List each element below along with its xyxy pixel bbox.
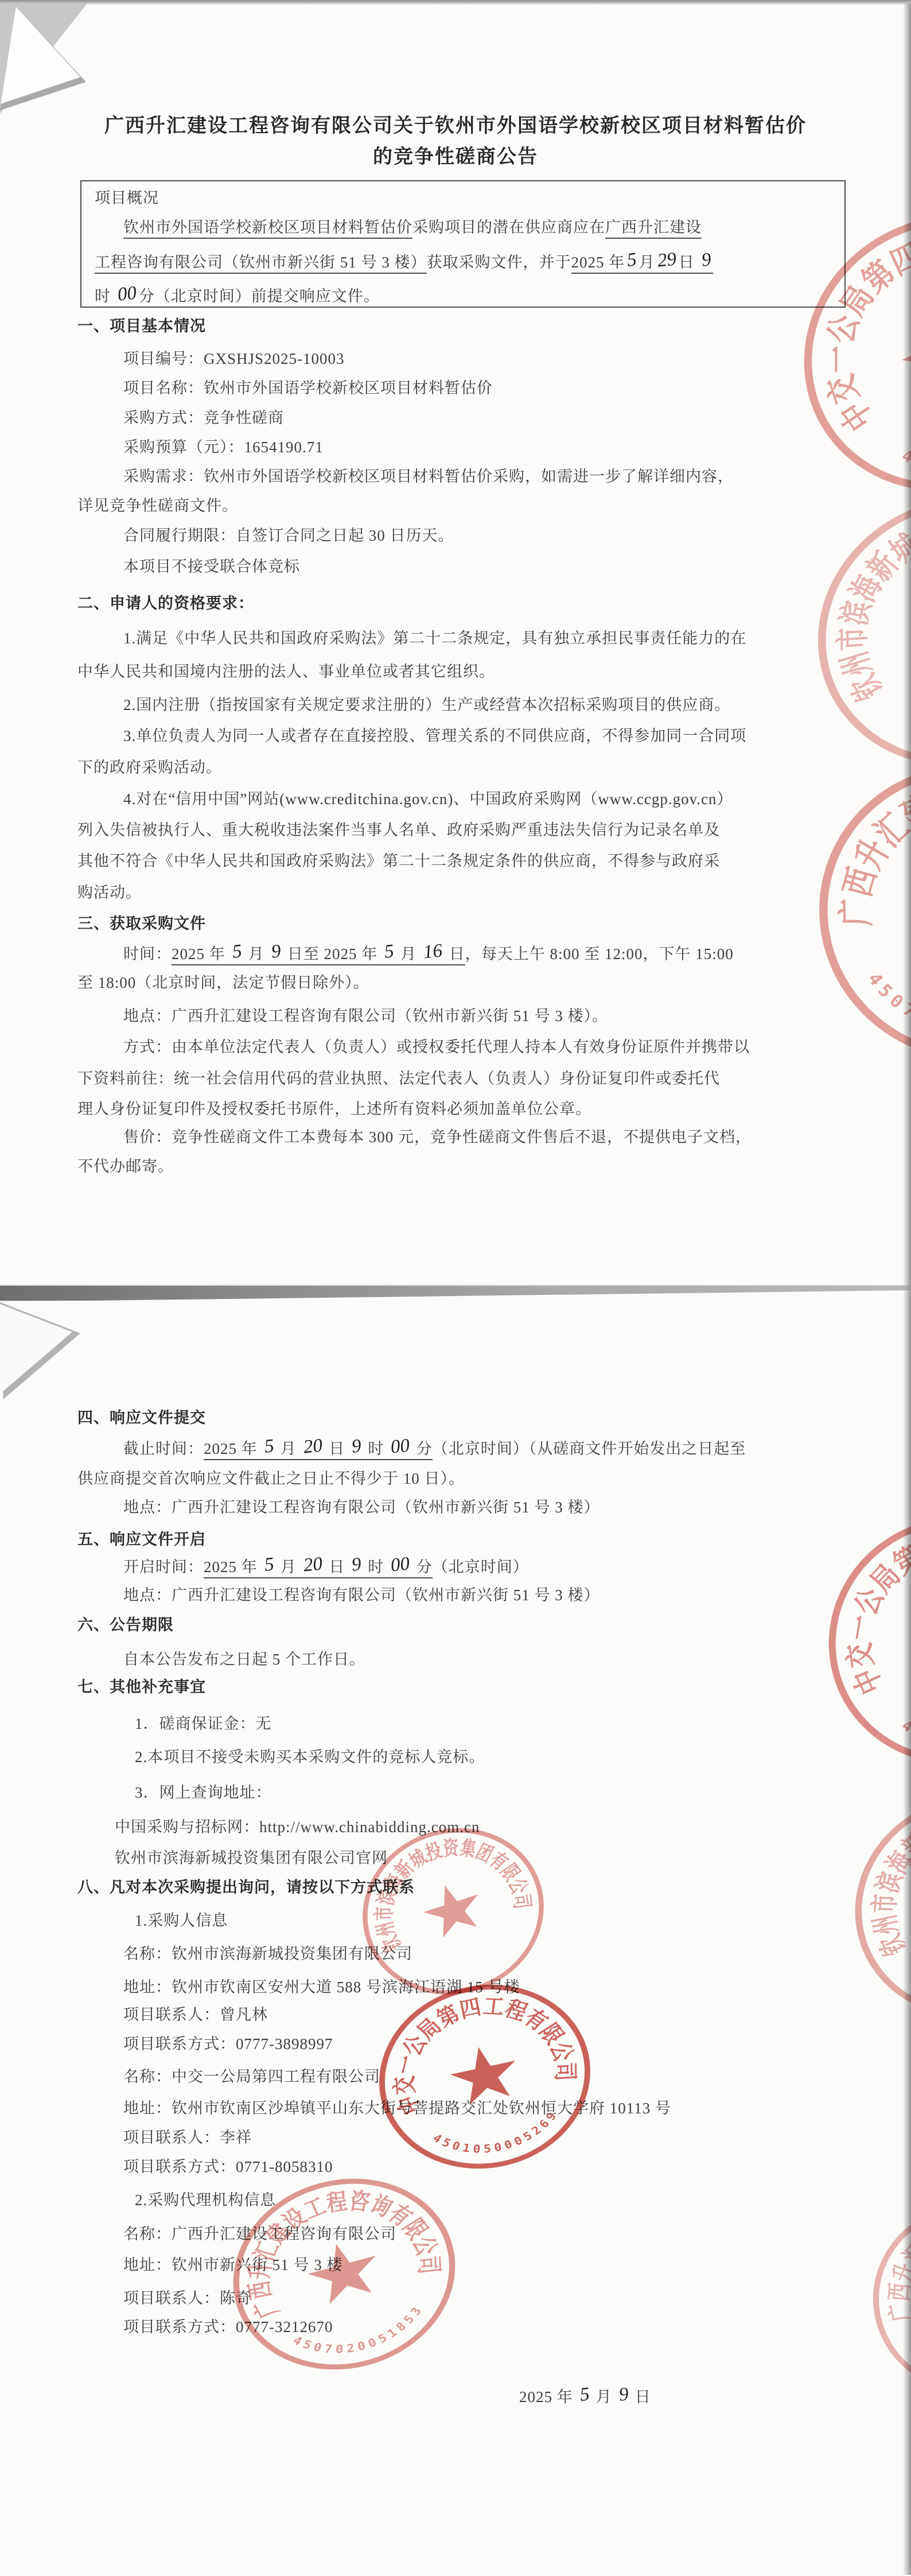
scan-right-edge: [903, 3, 911, 2575]
section-heading: 六、公告期限: [77, 1616, 174, 1634]
text-line: 地址：钦州市钦南区安州大道 588 号滨海江语湖 15 号楼: [123, 1978, 520, 1996]
text-segment: 1．磋商保证金：无: [135, 1715, 272, 1732]
text-segment: 月: [276, 1440, 301, 1460]
text-segment: 六、公告期限: [77, 1616, 174, 1634]
text-segment: 3.单位负责人为同一人或者存在直接控股、管理关系的不同供应商，不得参加同一合同项: [123, 727, 746, 744]
text-line: 项目编号：GXSHJS2025-10003: [123, 350, 345, 367]
text-segment: 采购方式：竞争性磋商: [123, 409, 284, 426]
text-segment: 三、获取采购文件: [77, 915, 206, 932]
text-segment: 项目编号：GXSHJS2025-10003: [123, 350, 345, 367]
text-line: 至 18:00（北京时间，法定节假日除外）。: [77, 974, 369, 991]
section-heading: 七、其他补充事宜: [77, 1678, 206, 1696]
text-segment: 2025 年: [571, 254, 625, 274]
text-segment: 月: [639, 254, 655, 274]
text-segment: 2025 年: [204, 1558, 262, 1578]
text-line: 合同履行期限：自签订合同之日起 30 日历天。: [123, 527, 454, 544]
handwritten-value: 9: [349, 1558, 364, 1578]
text-segment: 项目名称：钦州市外国语学校新校区项目材料暂估价: [123, 379, 493, 397]
section-heading: 二、申请人的资格要求：: [77, 595, 254, 612]
text-segment: 日: [630, 2388, 651, 2406]
text-line: 项目联系方式：0777-3898997: [123, 2035, 333, 2053]
text-segment: 五、响应文件开启: [77, 1531, 206, 1548]
text-segment: 分（北京时间）: [139, 288, 251, 308]
text-segment: 七、其他补充事宜: [77, 1678, 206, 1696]
text-line: 时 00分（北京时间）前提交响应文件。: [95, 287, 380, 305]
text-line: 钦州市外国语学校新校区项目材料暂估价采购项目的潜在供应商应在广西升汇建设: [123, 219, 702, 236]
section-heading: 三、获取采购文件: [77, 915, 206, 932]
text-line: 2.采购代理机构信息: [135, 2191, 276, 2209]
text-segment: 项目联系方式：0777-3212670: [123, 2318, 333, 2336]
text-segment: 至 18:00（北京时间，法定节假日除外）。: [77, 974, 369, 991]
text-line: 地点：广西升汇建设工程咨询有限公司（钦州市新兴街 51 号 3 楼）。: [123, 1007, 608, 1025]
text-segment: 售价：竞争性磋商文件工本费每本 300 元，竞争性磋商文件售后不退，不提供电子文…: [123, 1128, 752, 1146]
document-text-layer: 广西升汇建设工程咨询有限公司关于钦州市外国语学校新校区项目材料暂估价的竞争性磋商…: [0, 0, 911, 2576]
section-heading: 一、项目基本情况: [77, 317, 206, 335]
text-segment: 1.满足《中华人民共和国政府采购法》第二十二条规定，具有独立承担民事责任能力的在: [123, 630, 746, 647]
text-line: 2.本项目不接受未购买本采购文件的竞标人竞标。: [135, 1748, 485, 1766]
text-line: 项目联系方式：0777-3212670: [123, 2318, 333, 2336]
text-segment: 名称：广西升汇建设工程咨询有限公司: [123, 2225, 396, 2243]
scanned-document: 广西升汇建设工程咨询有限公司关于钦州市外国语学校新校区项目材料暂估价的竞争性磋商…: [0, 0, 911, 2576]
text-line: 方式：由本单位法定代表人（负责人）或授权委托代理人持本人有效身份证原件并携带以: [123, 1038, 750, 1056]
text-line: 项目概况: [95, 189, 159, 207]
text-line: 地址：钦州市新兴街 51 号 3 楼: [123, 2256, 343, 2274]
text-segment: 采购项目的潜在供应商应在: [412, 219, 605, 236]
text-segment: 二、申请人的资格要求：: [77, 595, 254, 612]
text-line: 本项目不接受联合体竞标: [123, 558, 300, 575]
text-segment: 地址：钦州市钦南区沙埠镇平山东大街与菩提路交汇处钦州恒大学府 10113 号: [123, 2100, 671, 2117]
text-line: 下的政府采购活动。: [77, 759, 222, 776]
text-segment: 名称：中交一公局第四工程有限公司: [123, 2068, 380, 2085]
text-segment: 项目联系人：陈奇: [123, 2290, 252, 2307]
text-line: 地址：钦州市钦南区沙埠镇平山东大街与菩提路交汇处钦州恒大学府 10113 号: [123, 2100, 671, 2117]
text-segment: 项目概况: [95, 189, 159, 207]
text-segment: 详见竞争性磋商文件。: [77, 497, 238, 514]
text-segment: 2025 年: [172, 945, 230, 965]
handwritten-value: 20: [301, 1440, 325, 1460]
text-line: 钦州市滨海新城投资集团有限公司官网: [115, 1849, 388, 1867]
text-line: 2025 年 5 月 9 日: [519, 2388, 651, 2406]
text-segment: 采购预算（元）：1654190.71: [123, 439, 324, 456]
text-line: 截止时间：2025 年 5 月 20 日 9 时 00 分（北京时间）（从磋商文…: [123, 1440, 746, 1457]
text-segment: 时间：: [123, 945, 172, 963]
text-segment: 项目联系方式：0777-3898997: [123, 2035, 333, 2053]
text-segment: 2.采购代理机构信息: [135, 2191, 276, 2209]
document-title: 广西升汇建设工程咨询有限公司关于钦州市外国语学校新校区项目材料暂估价: [0, 118, 911, 135]
handwritten-value: 29: [655, 254, 679, 274]
text-segment: 日: [325, 1440, 350, 1460]
handwritten-value: 9: [617, 2388, 631, 2406]
text-line: 采购预算（元）：1654190.71: [123, 439, 324, 456]
text-segment: 2.国内注册（指按国家有关规定要求注册的）生产或经营本次招标采购项目的供应商。: [123, 696, 730, 713]
text-segment: 1.采购人信息: [135, 1912, 228, 1929]
text-segment: 分: [412, 1558, 433, 1578]
text-segment: 地点：广西升汇建设工程咨询有限公司（钦州市新兴街 51 号 3 楼）: [123, 1499, 600, 1516]
handwritten-value: 00: [388, 1440, 412, 1460]
text-segment: 中华人民共和国境内注册的法人、事业单位或者其它组织。: [77, 663, 495, 680]
handwritten-value: 16: [421, 945, 445, 965]
text-segment: 下的政府采购活动。: [77, 759, 222, 776]
text-line: 时间：2025 年 5 月 9 日至 2025 年 5 月 16 日，每天上午 …: [123, 945, 734, 963]
text-segment: 其他不符合《中华人民共和国政府采购法》第二十二条规定条件的供应商，不得参与政府采: [77, 852, 720, 870]
text-segment: 下资料前往：统一社会信用代码的营业执照、法定代表人（负责人）身份证复印件或委托代: [77, 1070, 720, 1087]
text-line: 项目联系人：曾凡林: [123, 2006, 268, 2023]
text-line: 购活动。: [77, 884, 142, 901]
handwritten-value: 5: [262, 1440, 277, 1460]
text-segment: 合同履行期限：自签订合同之日起 30 日历天。: [123, 527, 454, 544]
text-segment: 前提交响应文件。: [251, 288, 380, 305]
text-segment: 中国采购与招标网：http://www.chinabidding.com.cn: [115, 1818, 480, 1836]
text-line: 项目名称：钦州市外国语学校新校区项目材料暂估价: [123, 379, 493, 397]
text-line: 供应商提交首次响应文件截止之日止不得少于 10 日）。: [77, 1470, 465, 1487]
text-segment: 月: [396, 945, 422, 965]
text-line: 地点：广西升汇建设工程咨询有限公司（钦州市新兴街 51 号 3 楼）: [123, 1499, 600, 1516]
text-segment: 项目联系人：曾凡林: [123, 2006, 268, 2023]
text-line: 工程咨询有限公司（钦州市新兴街 51 号 3 楼）获取采购文件，并于2025 年…: [95, 253, 713, 271]
handwritten-value: 9: [349, 1440, 364, 1460]
text-line: 其他不符合《中华人民共和国政府采购法》第二十二条规定条件的供应商，不得参与政府采: [77, 852, 720, 870]
handwritten-value: 5: [578, 2388, 592, 2406]
section-heading: 四、响应文件提交: [77, 1409, 206, 1426]
handwritten-value: 5: [230, 945, 244, 965]
text-segment: 地点：广西升汇建设工程咨询有限公司（钦州市新兴街 51 号 3 楼）: [123, 1586, 600, 1604]
text-line: 3．网上查询地址：: [135, 1784, 272, 1801]
text-line: 项目联系方式：0771-8058310: [123, 2158, 333, 2175]
text-segment: 时: [95, 288, 115, 308]
text-segment: 采购需求：钦州市外国语学校新校区项目材料暂估价采购，如需进一步了解详细内容，: [123, 468, 734, 485]
text-segment: 工程咨询有限公司（钦州市新兴街 51 号 3 楼）: [95, 254, 427, 274]
text-segment: 购活动。: [77, 884, 142, 901]
text-segment: 供应商提交首次响应文件截止之日止不得少于 10 日）。: [77, 1470, 465, 1487]
text-line: 中华人民共和国境内注册的法人、事业单位或者其它组织。: [77, 663, 495, 680]
text-line: 项目联系人：李祥: [123, 2129, 252, 2146]
text-segment: 地址：钦州市新兴街 51 号 3 楼: [123, 2256, 343, 2274]
document-title: 的竞争性磋商公告: [0, 149, 911, 166]
text-segment: 钦州市外国语学校新校区项目材料暂估价: [123, 219, 412, 239]
text-segment: 项目联系方式：0771-8058310: [123, 2158, 333, 2175]
text-segment: 截止时间：: [123, 1440, 204, 1457]
text-segment: 2025 年: [204, 1440, 262, 1460]
text-segment: ，每天上午 8:00 至 12:00，下午 15:00: [465, 945, 734, 963]
handwritten-value: 5: [625, 254, 639, 274]
text-line: 列入失信被执行人、重大税收违法案件当事人名单、政府采购严重违法失信行为记录名单及: [77, 821, 720, 839]
text-segment: 一、项目基本情况: [77, 317, 206, 335]
section-heading: 五、响应文件开启: [77, 1531, 206, 1548]
text-line: 1.采购人信息: [135, 1912, 228, 1929]
text-line: 2.国内注册（指按国家有关规定要求注册的）生产或经营本次招标采购项目的供应商。: [123, 696, 730, 713]
text-segment: 名称：钦州市滨海新城投资集团有限公司: [123, 1945, 412, 1962]
text-line: 1.满足《中华人民共和国政府采购法》第二十二条规定，具有独立承担民事责任能力的在: [123, 630, 746, 647]
handwritten-value: 00: [115, 288, 139, 308]
text-segment: 3．网上查询地址：: [135, 1784, 272, 1801]
text-line: 名称：广西升汇建设工程咨询有限公司: [123, 2225, 396, 2243]
text-segment: 时: [364, 1558, 389, 1578]
text-segment: 地点：广西升汇建设工程咨询有限公司（钦州市新兴街 51 号 3 楼）。: [123, 1007, 608, 1025]
text-segment: 本项目不接受联合体竞标: [123, 558, 300, 575]
text-segment: （北京时间）（从磋商文件开始发出之日起至: [433, 1440, 746, 1457]
section-heading: 八、凡对本次采购提出询问，请按以下方式联系: [77, 1879, 415, 1896]
text-line: 项目联系人：陈奇: [123, 2290, 252, 2307]
text-segment: 2.本项目不接受未购买本采购文件的竞标人竞标。: [135, 1748, 485, 1766]
text-segment: 开启时间：: [123, 1558, 204, 1576]
text-segment: 项目联系人：李祥: [123, 2129, 252, 2146]
text-line: 不代办邮寄。: [77, 1158, 174, 1175]
text-line: 名称：钦州市滨海新城投资集团有限公司: [123, 1945, 412, 1962]
handwritten-value: 9: [269, 945, 283, 965]
text-segment: 分: [412, 1440, 433, 1460]
text-segment: 方式：由本单位法定代表人（负责人）或授权委托代理人持本人有效身份证原件并携带以: [123, 1038, 750, 1056]
text-line: 地点：广西升汇建设工程咨询有限公司（钦州市新兴街 51 号 3 楼）: [123, 1586, 600, 1604]
text-segment: 列入失信被执行人、重大税收违法案件当事人名单、政府采购严重违法失信行为记录名单及: [77, 821, 720, 839]
text-segment: 钦州市滨海新城投资集团有限公司官网: [115, 1849, 388, 1867]
text-segment: 日: [325, 1558, 350, 1578]
text-line: 理人身份证复印件及授权委托书原件，上述所有资料必须加盖单位公章。: [77, 1100, 591, 1118]
text-segment: 不代办邮寄。: [77, 1158, 174, 1175]
text-line: 名称：中交一公局第四工程有限公司: [123, 2068, 380, 2085]
text-segment: 日: [445, 945, 465, 965]
text-line: 1．磋商保证金：无: [135, 1715, 272, 1732]
handwritten-value: 5: [382, 945, 396, 965]
text-line: 4.对在“信用中国”网站(www.creditchina.gov.cn)、中国政…: [123, 790, 733, 808]
text-segment: 月: [276, 1558, 301, 1578]
text-segment: 2025 年: [519, 2388, 578, 2406]
text-segment: 地址：钦州市钦南区安州大道 588 号滨海江语湖 15 号楼: [123, 1978, 520, 1996]
text-line: 详见竞争性磋商文件。: [77, 497, 238, 514]
text-segment: 获取采购文件，并于: [427, 254, 571, 271]
text-segment: 月: [591, 2388, 617, 2406]
text-segment: 月: [244, 945, 269, 965]
text-segment: 四、响应文件提交: [77, 1409, 206, 1426]
handwritten-value: 5: [262, 1558, 277, 1578]
handwritten-value: 9: [699, 254, 714, 274]
handwritten-value: 00: [388, 1558, 412, 1578]
text-segment: 理人身份证复印件及授权委托书原件，上述所有资料必须加盖单位公章。: [77, 1100, 591, 1118]
text-segment: 日: [679, 254, 699, 274]
text-segment: 4.对在“信用中国”网站(www.creditchina.gov.cn)、中国政…: [123, 790, 733, 808]
text-line: 中国采购与招标网：http://www.chinabidding.com.cn: [115, 1818, 480, 1836]
text-segment: 时: [364, 1440, 389, 1460]
text-line: 自本公告发布之日起 5 个工作日。: [123, 1651, 365, 1668]
text-segment: 日至 2025 年: [283, 945, 382, 965]
text-segment: 广西升汇建设工程咨询有限公司关于钦州市外国语学校新校区项目材料暂估价: [104, 115, 807, 137]
text-line: 采购需求：钦州市外国语学校新校区项目材料暂估价采购，如需进一步了解详细内容，: [123, 468, 734, 485]
handwritten-value: 20: [301, 1558, 325, 1578]
text-segment: 的竞争性磋商公告: [373, 146, 538, 168]
text-line: 下资料前往：统一社会信用代码的营业执照、法定代表人（负责人）身份证复印件或委托代: [77, 1070, 720, 1087]
text-line: 售价：竞争性磋商文件工本费每本 300 元，竞争性磋商文件售后不退，不提供电子文…: [123, 1128, 752, 1146]
text-segment: 八、凡对本次采购提出询问，请按以下方式联系: [77, 1879, 415, 1896]
text-segment: 广西升汇建设: [605, 219, 702, 239]
text-line: 开启时间：2025 年 5 月 20 日 9 时 00 分（北京时间）: [123, 1558, 529, 1576]
text-segment: （北京时间）: [433, 1558, 529, 1576]
text-segment: 自本公告发布之日起 5 个工作日。: [123, 1651, 365, 1668]
text-line: 3.单位负责人为同一人或者存在直接控股、管理关系的不同供应商，不得参加同一合同项: [123, 727, 746, 744]
text-line: 采购方式：竞争性磋商: [123, 409, 284, 426]
